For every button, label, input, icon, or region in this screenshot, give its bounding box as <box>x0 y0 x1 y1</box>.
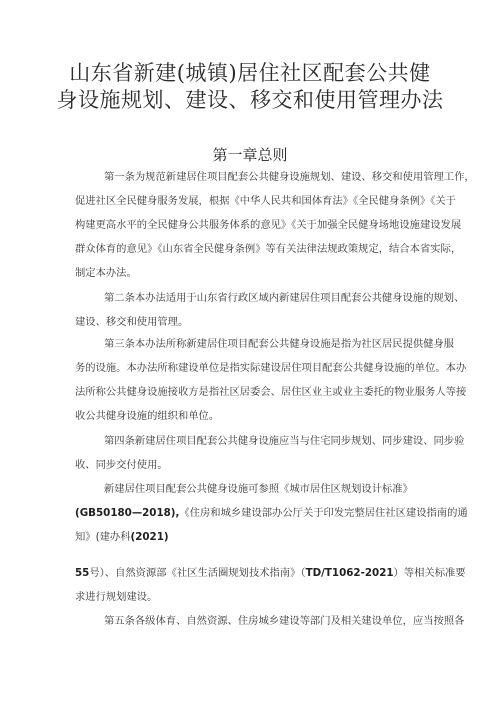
document-title-line-2: 身设施规划、建设、移交和使用管理办法 <box>0 87 500 114</box>
paragraph-line: 求进行规划建设。 <box>75 590 157 604</box>
text-run: 号）、自然资源部《社区生活圈规划技术指南》（ <box>89 567 305 579</box>
paragraph-line: 第四条新建居住项目配套公共健身设施应当与住宅同步规划、同步建设、同步验 <box>104 434 464 448</box>
text-run: 《住房和城乡建设部办公厅关于印发完整居住社区建设指南的通 <box>179 507 467 519</box>
document-title-line-1: 山东省新建(城镇)居住社区配套公共健 <box>0 60 500 87</box>
paragraph-line: 55号）、自然资源部《社区生活圈规划技术指南》（TD/T1062-2021）等相… <box>75 566 466 580</box>
paragraph-line: 群众体育的意见》《山东省全民健身条例》等有关法律法规政策规定，结合本省实际， <box>75 242 461 256</box>
paragraph-line: 新建居住项目配套公共健身设施可参照《城市居住区规划设计标准》 <box>104 482 413 496</box>
text-run: 知》(建办科 <box>75 531 131 543</box>
paragraph-line: 促进社区全民健身服务发展，根据《中华人民共和国体育法》《全民健身条例》《关于 <box>75 194 456 208</box>
paragraph-line: 制定本办法。 <box>75 266 137 280</box>
paragraph-line: 知》(建办科(2021) <box>75 530 169 544</box>
paragraph-line-article-5: 第五条各级体育、自然资源、住房城乡建设等部门及相关建设单位，应当按照各 <box>104 614 464 628</box>
paragraph-line: 收公共健身设施的组织和单位。 <box>75 409 219 423</box>
year-code: (2021) <box>131 531 169 543</box>
doc-number: 55 <box>75 567 89 579</box>
paragraph-line: 构建更高水平的全民健身公共服务体系的意见》《关于加强全民健身场地设施建设发展 <box>75 218 461 232</box>
paragraph-line: 第一条为规范新建居住项目配套公共健身设施规划、建设、移交和使用管理工作， <box>104 170 475 184</box>
paragraph-line: (GB50180—2018),《住房和城乡建设部办公厅关于印发完整居住社区建设指… <box>75 506 468 520</box>
paragraph-line: 第二条本办法适用于山东省行政区域内新建居住项目配套公共健身设施的规划、 <box>104 291 464 305</box>
text-run: ）等相关标准要 <box>394 567 466 579</box>
document-page: 山东省新建(城镇)居住社区配套公共健 身设施规划、建设、移交和使用管理办法 第一… <box>0 0 500 707</box>
standard-code: TD/T1062-2021 <box>306 567 394 579</box>
standard-code: (GB50180—2018), <box>75 507 179 519</box>
paragraph-line: 法所称公共健身设施接收方是指社区居委会、居住区业主或业主委托的物业服务人等接 <box>75 385 466 399</box>
paragraph-line: 建设、移交和使用管理。 <box>75 315 188 329</box>
chapter-heading: 第一章总则 <box>0 144 500 165</box>
paragraph-line: 第三条本办法所称新建居住项目配套公共健身设施是指为社区居民提供健身服 <box>104 337 454 351</box>
paragraph-line: 收、同步交付使用。 <box>75 458 168 472</box>
paragraph-line: 务的设施。本办法所称建设单位是指实际建设居住项目配套公共健身设施的单位。本办 <box>75 361 466 375</box>
